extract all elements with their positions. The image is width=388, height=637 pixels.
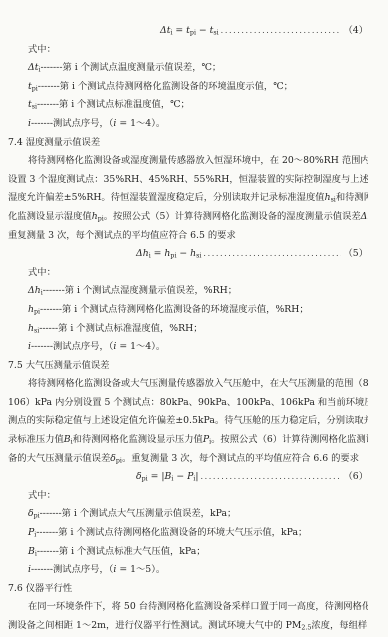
document-page: Δti = tpi − tsi ........................…: [0, 0, 388, 637]
section-heading-7-6: 7.6 仪器平行性: [8, 580, 368, 599]
paragraph-line: 测点的实际稳定值与上述设定值允许偏差±0.5kPa。待气压舱的压力稳定后，分别读…: [8, 412, 368, 431]
section-heading-7-5: 7.5 大气压测量示值误差: [8, 357, 368, 376]
definition-line-p-i: Pi-------第 i 个测试点待测网格化监测设备的环境大气压示值，kPa；: [8, 524, 368, 543]
formula-5: Δhi = hpi − hsi ........................…: [8, 245, 368, 264]
formula-4-leader-dots: ........................................…: [221, 22, 342, 41]
paragraph-line: 备的大气压测量示值误差δpi。重复测量 3 次，每个测试点的平均值应符合 6.6…: [8, 450, 368, 469]
definition-line-t-si: tsi-------第 i 个测试点标准温度值，℃；: [8, 96, 368, 115]
where-label: 式中：: [8, 264, 368, 283]
formula-4-equation: Δti = tpi − tsi: [160, 22, 219, 41]
definition-line-h-pi: hpi-------第 i 个测试点待测网格化监测设备的环境湿度示值，%RH；: [8, 301, 368, 320]
paragraph-line: 将待测网格化监测设备或湿度测量传感器放入恒湿环境中，在 20～80%RH 范围内…: [8, 152, 368, 171]
paragraph-line: 设置 3 个湿度测试点：35%RH、45%RH、55%RH，恒湿装置的实际控制湿…: [8, 171, 368, 190]
definition-line-i-range: i-------测试点序号，（i = 1～4）。: [8, 338, 368, 357]
definition-line-delta-p: δpi-------第 i 个测试点大气压测量示值误差，kPa；: [8, 505, 368, 524]
formula-5-equation: Δhi = hpi − hsi: [136, 245, 201, 264]
where-label: 式中：: [8, 487, 368, 506]
formula-6-equation: δpi = |Bi − Pi|: [136, 468, 198, 487]
definition-line-i-range: i-------测试点序号，（i = 1～5）。: [8, 561, 368, 580]
section-heading-7-4: 7.4 湿度测量示值误差: [8, 134, 368, 153]
formula-6-leader-dots: ........................................…: [200, 468, 341, 487]
formula-5-number: （5）: [343, 245, 368, 264]
definition-line-delta-h: Δhi-------第 i 个测试点湿度测量示值误差，%RH；: [8, 282, 368, 301]
paragraph-line: 106）kPa 内分别设置 5 个测试点：80kPa、90kPa、100kPa、…: [8, 394, 368, 413]
paragraph-line: 化监测设显示湿度值hpi。按照公式（5）计算待测网格化监测设备的湿度测量示值误差…: [8, 208, 368, 227]
formula-6: δpi = |Bi − Pi| ........................…: [8, 468, 368, 487]
paragraph-line: 在同一环境条件下，将 50 台待测网格化监测设备采样口置于同一高度，待测网格化监: [8, 598, 368, 617]
definition-line-delta-t: Δti-------第 i 个测试点温度测量示值误差，℃；: [8, 59, 368, 78]
paragraph-line: 将待测网格化监测设备或大气压测量传感器放入气压舱中，在大气压测量的范围（80～: [8, 375, 368, 394]
formula-4-number: （4）: [343, 22, 368, 41]
formula-6-number: （6）: [343, 468, 368, 487]
paragraph-line: 测设备之间相距 1～2m，进行仪器平行性测试。测试环境大气中的 PM2.5浓度，…: [8, 617, 368, 636]
formula-4: Δti = tpi − tsi ........................…: [8, 22, 368, 41]
paragraph-line: 录标准压力值Bi和待测网格化监测设显示压力值Pi。按照公式（6）计算待测网格化监…: [8, 431, 368, 450]
paragraph-line: 湿度允许偏差±5%RH。待恒湿装置湿度稳定后，分别读取并记录标准湿度值hsi和待…: [8, 189, 368, 208]
definition-line-t-pi: tpi-------第 i 个测试点待测网格化监测设备的环境温度示值，℃；: [8, 78, 368, 97]
paragraph-line: 重复测量 3 次，每个测试点的平均值应符合 6.5 的要求: [8, 227, 368, 246]
definition-line-h-si: hsi------第 i 个测试点标准湿度值，%RH；: [8, 320, 368, 339]
definition-line-i-range: i-------测试点序号，（i = 1～4）。: [8, 115, 368, 134]
definition-line-b-i: Bi-------第 i 个测试点标准大气压值，kPa；: [8, 543, 368, 562]
formula-5-leader-dots: ........................................…: [203, 245, 341, 264]
where-label: 式中：: [8, 41, 368, 60]
